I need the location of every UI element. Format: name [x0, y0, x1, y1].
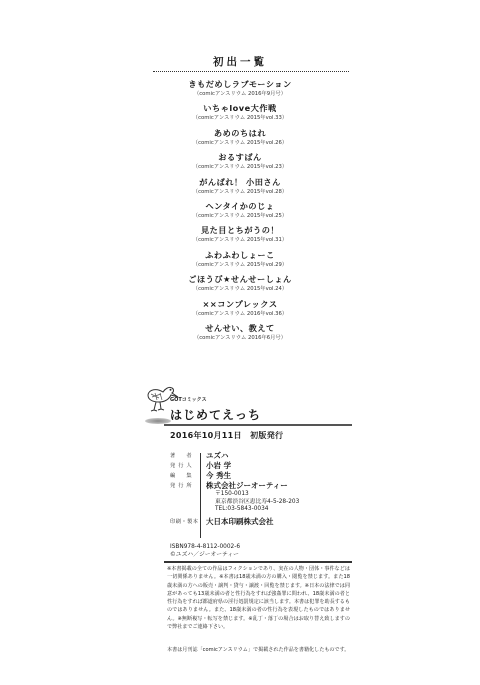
publication-date: 2016年10月11日 初版発行	[170, 430, 283, 441]
toc-title: 初出一覧	[0, 54, 480, 69]
credit-value: ユズハ	[206, 451, 229, 461]
toc-item: ふわふわしょーこ（comicアンスリウム 2015年vol.29）	[0, 250, 480, 274]
toc-item-source: （comicアンスリウム 2016年vol.36）	[0, 310, 480, 318]
credit-label: 発行所	[170, 481, 206, 491]
toc-item-title: おるすばん	[0, 152, 480, 163]
toc-item: あめのちはれ（comicアンスリウム 2015年vol.26）	[0, 128, 480, 152]
toc-item-title: ××コンプレックス	[0, 299, 480, 310]
toc-item: がんばれ！ 小田さん（comicアンスリウム 2015年vol.28）	[0, 177, 480, 201]
credit-value: 今 秀生	[206, 471, 231, 481]
notice-rule	[164, 561, 352, 563]
toc-item-source: （comicアンスリウム 2015年vol.28）	[0, 188, 480, 196]
isbn: ISBN978-4-8112-0002-6	[170, 543, 240, 551]
book-title: はじめてえっち	[170, 406, 261, 423]
credit-label: 著 者	[170, 451, 206, 461]
imprint-label: GOTコミックス	[170, 396, 207, 403]
credit-value: 小岩 学	[206, 461, 231, 471]
footer-note: 本書は月刊誌「comicアンスリウム」で掲載された作品を書籍化したものです。	[167, 646, 353, 654]
toc-item-title: いちゃlove大作戦	[0, 103, 480, 114]
credits: 著 者 ユズハ 発行人 小岩 学 編 集 今 秀生 発行所 株式会社ジーオーティ…	[170, 451, 299, 527]
toc-item-source: （comicアンスリウム 2016年6月号）	[0, 334, 480, 342]
legal-notice: ※本書掲載の全ての作品はフィクションであり、実在の人物・団体・事件などは一切関係…	[167, 565, 350, 631]
toc-item: ヘンタイかのじょ（comicアンスリウム 2015年vol.25）	[0, 201, 480, 225]
toc-item-title: きもだめしラブモーション	[0, 79, 480, 90]
toc-item-title: あめのちはれ	[0, 128, 480, 139]
address: 東京都渋谷区恵比寿4-5-28-203	[215, 499, 299, 507]
toc-item-title: ヘンタイかのじょ	[0, 201, 480, 212]
toc-item: きもだめしラブモーション（comicアンスリウム 2016年9月号）	[0, 79, 480, 103]
toc-item: おるすばん（comicアンスリウム 2015年vol.23）	[0, 152, 480, 176]
credit-value-block: 株式会社ジーオーティー 〒150-0013 東京都渋谷区恵比寿4-5-28-20…	[206, 481, 299, 514]
toc-item-source: （comicアンスリウム 2015年vol.26）	[0, 139, 480, 147]
copyright: ©ユズハ／ジーオーティー	[170, 551, 239, 559]
toc-item-source: （comicアンスリウム 2015年vol.23）	[0, 163, 480, 171]
phone: TEL:03-5843-0034	[215, 506, 299, 514]
toc-item-title: がんばれ！ 小田さん	[0, 177, 480, 188]
toc-item-source: （comicアンスリウム 2015年vol.29）	[0, 261, 480, 269]
toc-item-title: ごほうび★せんせーしょん	[0, 274, 480, 285]
title-rule	[164, 424, 352, 426]
toc-item-title: ふわふわしょーこ	[0, 250, 480, 261]
toc-item-title: 見た目とちがうの！	[0, 225, 480, 236]
toc-item-source: （comicアンスリウム 2015年vol.25）	[0, 212, 480, 220]
dotted-divider	[153, 71, 349, 72]
toc-item: ××コンプレックス（comicアンスリウム 2016年vol.36）	[0, 299, 480, 323]
toc-item-title: せんせい、教えて	[0, 323, 480, 334]
toc-item: 見た目とちがうの！（comicアンスリウム 2015年vol.31）	[0, 225, 480, 249]
toc-item-source: （comicアンスリウム 2015年vol.31）	[0, 236, 480, 244]
credit-value: 株式会社ジーオーティー	[206, 481, 288, 490]
credit-row-publisher-person: 発行人 小岩 学	[170, 461, 299, 471]
toc-item: せんせい、教えて（comicアンスリウム 2016年6月号）	[0, 323, 480, 347]
toc-item: ごほうび★せんせーしょん（comicアンスリウム 2015年vol.24）	[0, 274, 480, 298]
credit-row-printer: 印刷・製本 大日本印刷株式会社	[170, 517, 299, 527]
toc-item: いちゃlove大作戦（comicアンスリウム 2015年vol.33）	[0, 103, 480, 127]
credit-row-editor: 編 集 今 秀生	[170, 471, 299, 481]
credit-value: 大日本印刷株式会社	[206, 517, 274, 527]
postal-code: 〒150-0013	[215, 491, 299, 499]
credit-label: 印刷・製本	[170, 517, 206, 527]
toc-item-source: （comicアンスリウム 2015年vol.33）	[0, 114, 480, 122]
toc-item-source: （comicアンスリウム 2016年9月号）	[0, 90, 480, 98]
toc-list: きもだめしラブモーション（comicアンスリウム 2016年9月号） いちゃlo…	[0, 79, 480, 347]
credit-row-publisher: 発行所 株式会社ジーオーティー 〒150-0013 東京都渋谷区恵比寿4-5-2…	[170, 481, 299, 514]
credit-label: 編 集	[170, 471, 206, 481]
credit-row-author: 著 者 ユズハ	[170, 451, 299, 461]
credit-label: 発行人	[170, 461, 206, 471]
toc-item-source: （comicアンスリウム 2015年vol.24）	[0, 285, 480, 293]
